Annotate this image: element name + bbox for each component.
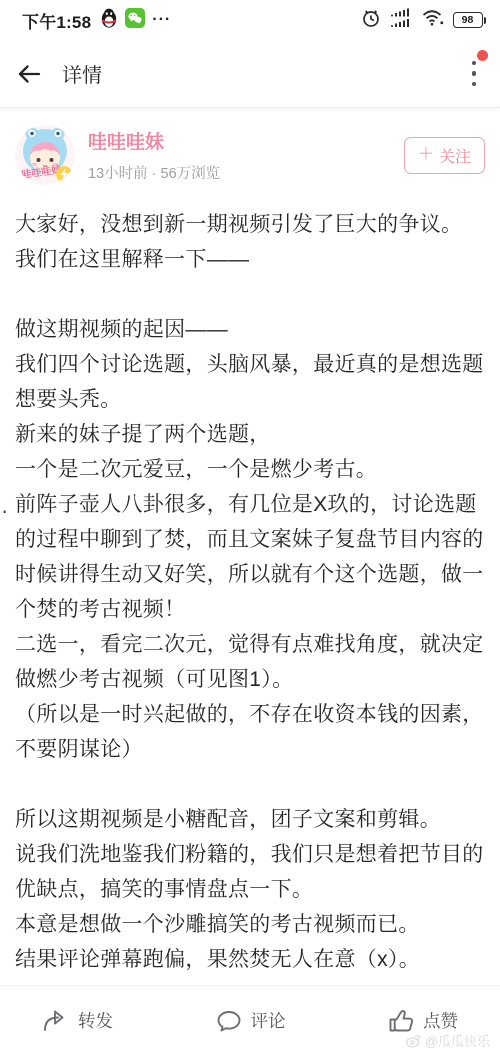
notification-icons: ··· bbox=[100, 8, 171, 33]
alarm-icon bbox=[361, 8, 381, 33]
comment-button[interactable]: 评论 bbox=[216, 1008, 286, 1033]
wechat-icon bbox=[125, 8, 145, 33]
overflow-menu-icon[interactable] bbox=[448, 40, 500, 107]
forward-button[interactable]: 转发 bbox=[42, 1008, 113, 1033]
comment-icon bbox=[216, 1009, 242, 1033]
battery-indicator: 98 bbox=[453, 12, 487, 28]
post-paragraph: 我们在这里解释一下—— bbox=[15, 242, 485, 277]
watermark: @瓜瓜快乐 bbox=[405, 1031, 490, 1050]
post-paragraph: 大家好，没想到新一期视频引发了巨大的争议。 bbox=[15, 207, 485, 242]
like-label: 点赞 bbox=[423, 1008, 458, 1033]
clock-time: 下午1:58 bbox=[22, 8, 91, 33]
post-paragraph: 我们四个讨论选题，头脑风暴，最近真的是想选题想要头秃。 bbox=[15, 347, 485, 417]
forward-icon bbox=[42, 1009, 69, 1033]
action-bar: 转发 评论 点赞 @瓜瓜快乐 bbox=[0, 985, 500, 1055]
more-notifications-indicator: ··· bbox=[152, 15, 171, 25]
app-screen: 下午1:58 bbox=[0, 0, 500, 1055]
post-paragraph: （所以是一时兴起做的，不存在收资本钱的因素，不要阴谋论） bbox=[15, 697, 485, 767]
follow-label: 关注 bbox=[439, 144, 471, 167]
post-paragraph: 做这期视频的起因—— bbox=[15, 312, 485, 347]
nav-bar: 详情 bbox=[0, 40, 500, 108]
status-bar: 下午1:58 bbox=[0, 0, 500, 40]
post-paragraph: 前阵子壶人八卦很多，有几位是X玖的，讨论选题的过程中聊到了焚，而且文案妹子复盘节… bbox=[15, 487, 485, 627]
post-paragraph: 本意是想做一个沙雕搞笑的考古视频而已。 bbox=[15, 907, 485, 942]
page-title: 详情 bbox=[62, 59, 102, 88]
author-block: 哇哇哇妹 13小时前 · 56万浏览 bbox=[88, 127, 404, 183]
follow-button[interactable]: ＋ 关注 bbox=[404, 137, 485, 174]
post-body: 大家好，没想到新一期视频引发了巨大的争议。 我们在这里解释一下—— 做这期视频的… bbox=[0, 201, 500, 985]
like-button[interactable]: 点赞 bbox=[388, 1008, 458, 1033]
stray-dot: · bbox=[1, 500, 8, 522]
post-paragraph: 新来的妹子提了两个选题， bbox=[15, 417, 485, 452]
cellular-signal-icon bbox=[389, 7, 413, 34]
post-paragraph: 说我们洗地鉴我们粉籍的，我们只是想着把节目的优缺点，搞笑的事情盘点一下。 bbox=[15, 837, 485, 907]
weibo-icon bbox=[405, 1033, 422, 1048]
back-button[interactable] bbox=[0, 40, 58, 107]
post-paragraph: 所以这期视频是小糖配音，团子文案和剪辑。 bbox=[15, 802, 485, 837]
battery-level: 98 bbox=[462, 14, 474, 26]
notification-red-dot bbox=[477, 50, 488, 61]
back-arrow-icon bbox=[16, 61, 42, 87]
thumbs-up-icon bbox=[388, 1009, 414, 1033]
plus-icon: ＋ bbox=[418, 147, 434, 163]
post-paragraph: 二选一，看完二次元，觉得有点难找角度，就决定做燃少考古视频（可见图1）。 bbox=[15, 627, 485, 697]
post-paragraph: 结果评论弹幕跑偏，果然焚无人在意（x）。 bbox=[15, 942, 485, 977]
qq-icon bbox=[100, 8, 118, 33]
post-header: 哇哇哇妹 哇哇哇妹 13小时前 · 56万浏览 ＋ 关注 bbox=[0, 109, 500, 201]
comment-label: 评论 bbox=[251, 1008, 286, 1033]
post-meta: 13小时前 · 56万浏览 bbox=[88, 162, 404, 183]
watermark-text: @瓜瓜快乐 bbox=[425, 1031, 490, 1050]
system-status-icons: 98 bbox=[361, 7, 487, 34]
author-name[interactable]: 哇哇哇妹 bbox=[88, 127, 404, 154]
wifi-icon bbox=[421, 8, 445, 33]
post-paragraph: 一个是二次元爱豆，一个是燃少考古。 bbox=[15, 452, 485, 487]
forward-label: 转发 bbox=[78, 1008, 113, 1033]
avatar[interactable]: 哇哇哇妹 bbox=[15, 125, 75, 185]
